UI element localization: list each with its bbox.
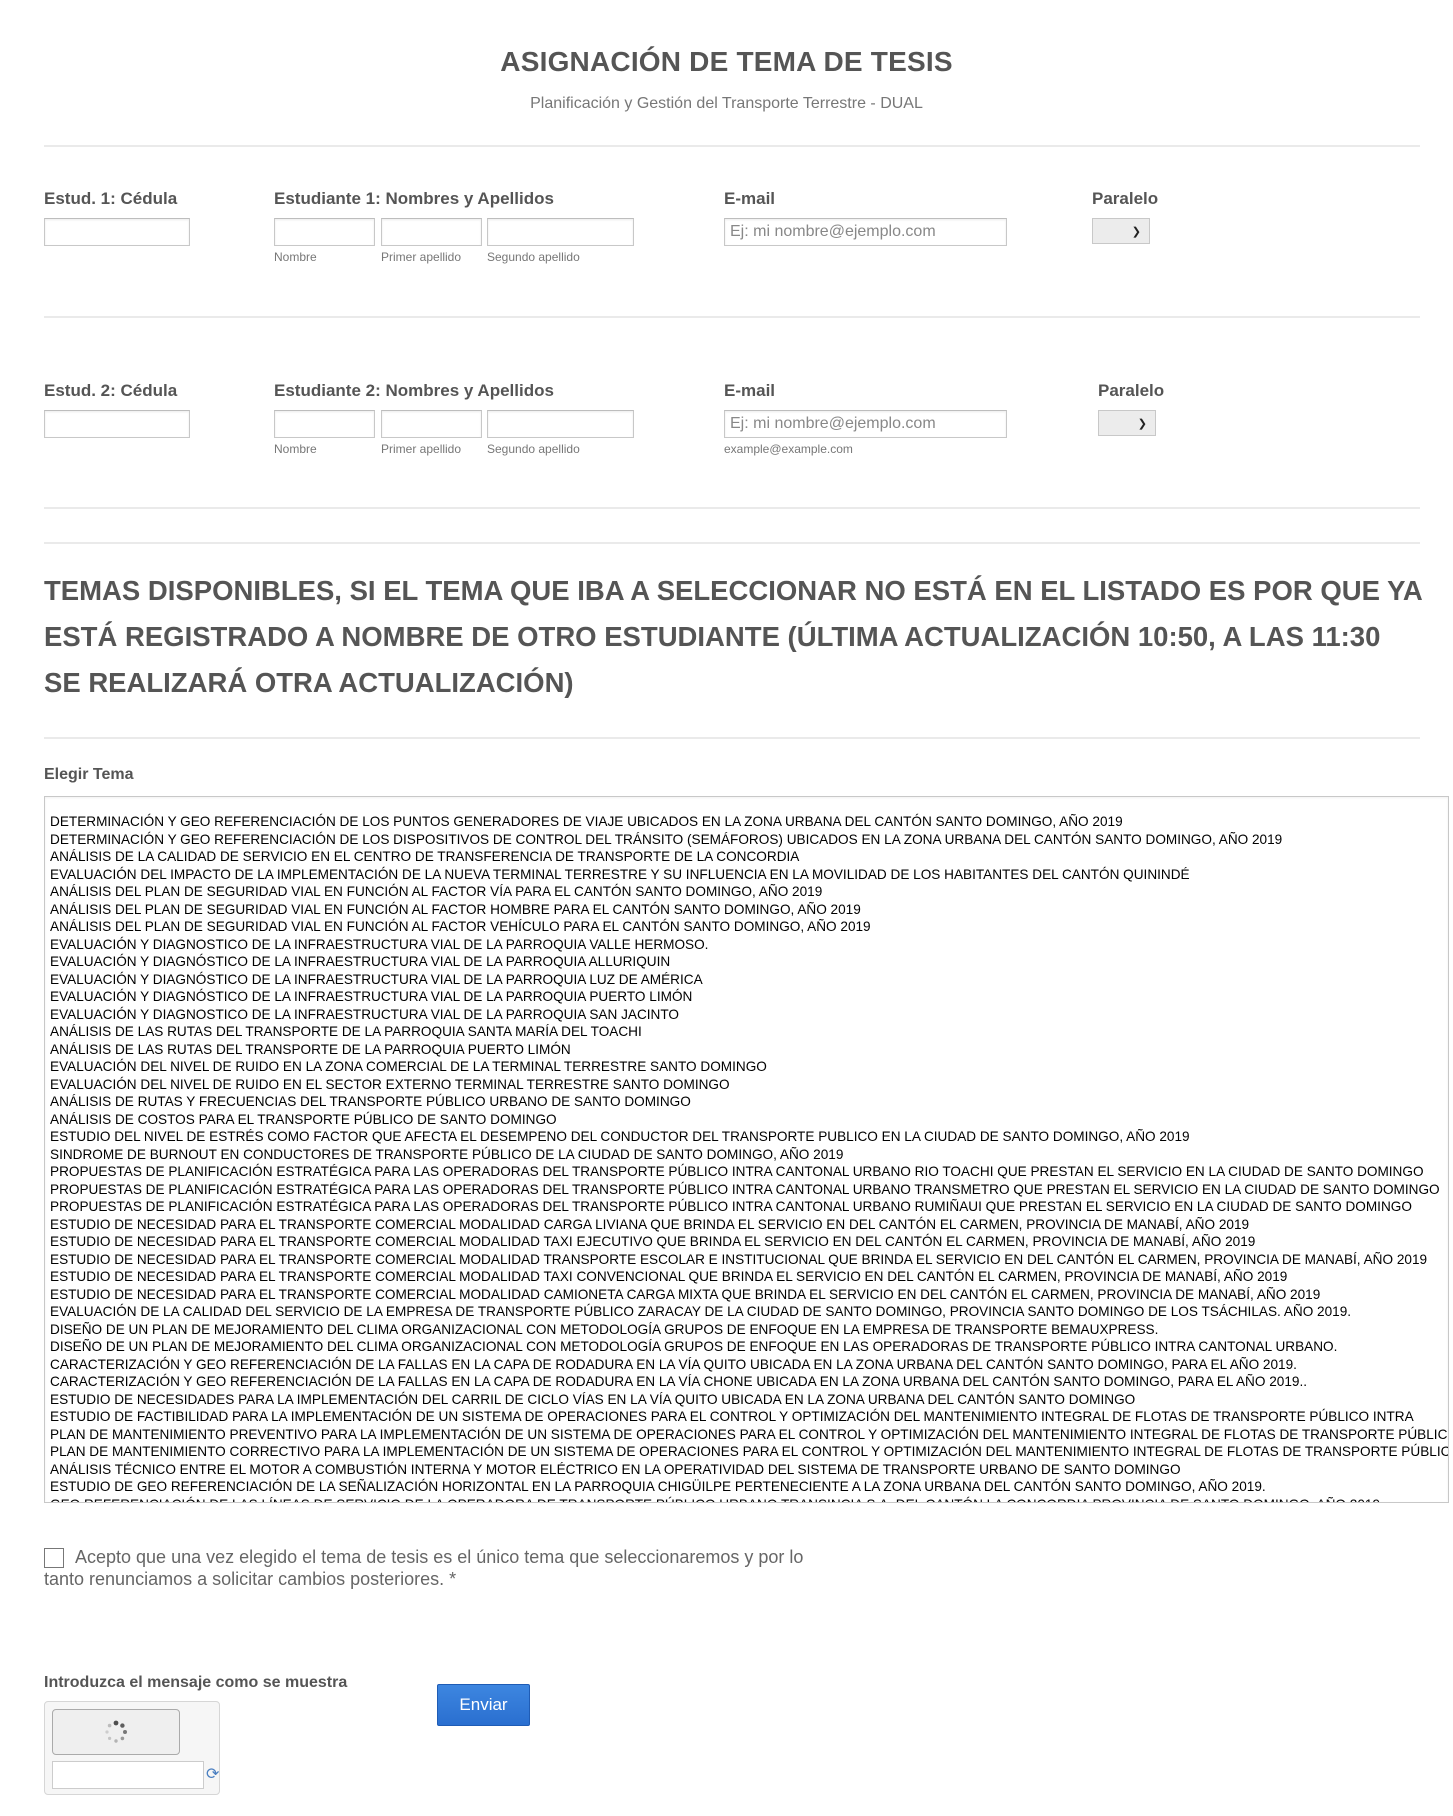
topic-option[interactable]: ESTUDIO DE NECESIDAD PARA EL TRANSPORTE … [50, 1286, 1448, 1304]
chevron-down-icon: ❯ [1138, 417, 1147, 430]
topic-option[interactable]: EVALUACIÓN Y DIAGNÓSTICO DE LA INFRAESTR… [50, 953, 1448, 971]
topic-option[interactable]: ESTUDIO DE GEO REFERENCIACIÓN DE LA SEÑA… [50, 1478, 1448, 1496]
student-1-email-label: E-mail [724, 189, 775, 209]
student-2-names-label: Estudiante 2: Nombres y Apellidos [274, 381, 554, 401]
student-2-first-name-input[interactable] [274, 410, 375, 438]
topic-option[interactable]: ESTUDIO DE FACTIBILIDAD PARA LA IMPLEMEN… [50, 1408, 1448, 1426]
topic-option[interactable]: EVALUACIÓN Y DIAGNOSTICO DE LA INFRAESTR… [50, 936, 1448, 954]
captcha-image [52, 1709, 180, 1755]
topic-option[interactable]: ANÁLISIS DE LAS RUTAS DEL TRANSPORTE DE … [50, 1041, 1448, 1059]
student-2-cedula-input[interactable] [44, 410, 190, 438]
divider [44, 542, 1420, 544]
student-1-first-name-input[interactable] [274, 218, 375, 246]
student-2-first-surname-sublabel: Primer apellido [381, 442, 461, 456]
chevron-down-icon: ❯ [1132, 225, 1141, 238]
student-2-email-label: E-mail [724, 381, 775, 401]
form-subtitle: Planificación y Gestión del Transporte T… [0, 95, 1453, 113]
topic-option[interactable]: EVALUACIÓN DEL NIVEL DE RUIDO EN EL SECT… [50, 1076, 1448, 1094]
topic-option[interactable]: ESTUDIO DE NECESIDADES PARA LA IMPLEMENT… [50, 1391, 1448, 1409]
topic-label: Elegir Tema [44, 766, 134, 784]
student-2-paralelo-select[interactable]: ❯ [1098, 410, 1156, 436]
captcha-input[interactable] [52, 1761, 204, 1789]
topic-option[interactable]: DETERMINACIÓN Y GEO REFERENCIACIÓN DE LO… [50, 813, 1448, 831]
topic-option[interactable]: EVALUACIÓN DEL IMPACTO DE LA IMPLEMENTAC… [50, 866, 1448, 884]
topic-option[interactable]: ANÁLISIS TÉCNICO ENTRE EL MOTOR A COMBUS… [50, 1461, 1448, 1479]
topic-option[interactable]: ESTUDIO DE NECESIDAD PARA EL TRANSPORTE … [50, 1251, 1448, 1269]
topic-option[interactable]: PROPUESTAS DE PLANIFICACIÓN ESTRATÉGICA … [50, 1163, 1448, 1181]
student-1-email-input[interactable] [724, 218, 1007, 246]
topic-option[interactable]: CARACTERIZACIÓN Y GEO REFERENCIACIÓN DE … [50, 1356, 1448, 1374]
divider [44, 316, 1420, 318]
topic-option[interactable]: DISEÑO DE UN PLAN DE MEJORAMIENTO DEL CL… [50, 1321, 1448, 1339]
topic-option[interactable]: SINDROME DE BURNOUT EN CONDUCTORES DE TR… [50, 1146, 1448, 1164]
captcha-widget: ⟳ [44, 1701, 220, 1795]
student-1-first-name-sublabel: Nombre [274, 250, 317, 264]
topic-listbox[interactable]: DETERMINACIÓN Y GEO REFERENCIACIÓN DE LO… [44, 796, 1449, 1503]
student-1-cedula-label: Estud. 1: Cédula [44, 189, 177, 209]
topic-option[interactable]: ANÁLISIS DE RUTAS Y FRECUENCIAS DEL TRAN… [50, 1093, 1448, 1111]
topic-option[interactable]: GEO REFERENCIACIÓN DE LAS LÍNEAS DE SERV… [50, 1496, 1448, 1504]
available-topics-notice: TEMAS DISPONIBLES, SI EL TEMA QUE IBA A … [44, 568, 1424, 706]
topic-option[interactable]: ESTUDIO DE NECESIDAD PARA EL TRANSPORTE … [50, 1216, 1448, 1234]
topic-option[interactable]: DETERMINACIÓN Y GEO REFERENCIACIÓN DE LO… [50, 831, 1448, 849]
student-2-paralelo-label: Paralelo [1098, 381, 1164, 401]
topic-option[interactable]: ANÁLISIS DE LAS RUTAS DEL TRANSPORTE DE … [50, 1023, 1448, 1041]
topic-option[interactable]: ESTUDIO DE NECESIDAD PARA EL TRANSPORTE … [50, 1233, 1448, 1251]
topic-option[interactable]: PLAN DE MANTENIMIENTO PREVENTIVO PARA LA… [50, 1426, 1448, 1444]
topic-option[interactable]: ANÁLISIS DE LA CALIDAD DE SERVICIO EN EL… [50, 848, 1448, 866]
divider [44, 145, 1420, 147]
student-2-second-surname-sublabel: Segundo apellido [487, 442, 580, 456]
student-1-second-surname-sublabel: Segundo apellido [487, 250, 580, 264]
topic-option[interactable]: ANÁLISIS DEL PLAN DE SEGURIDAD VIAL EN F… [50, 883, 1448, 901]
student-1-names-label: Estudiante 1: Nombres y Apellidos [274, 189, 554, 209]
topic-option[interactable]: EVALUACIÓN Y DIAGNÓSTICO DE LA INFRAESTR… [50, 988, 1448, 1006]
topic-option[interactable]: PLAN DE MANTENIMIENTO CORRECTIVO PARA LA… [50, 1443, 1448, 1461]
topic-options: DETERMINACIÓN Y GEO REFERENCIACIÓN DE LO… [50, 813, 1448, 1503]
topic-option[interactable]: EVALUACIÓN DEL NIVEL DE RUIDO EN LA ZONA… [50, 1058, 1448, 1076]
topic-option[interactable]: ANÁLISIS DEL PLAN DE SEGURIDAD VIAL EN F… [50, 901, 1448, 919]
topic-option[interactable]: ESTUDIO DEL NIVEL DE ESTRÉS COMO FACTOR … [50, 1128, 1448, 1146]
submit-button[interactable]: Enviar [437, 1684, 530, 1726]
form-title: ASIGNACIÓN DE TEMA DE TESIS [0, 46, 1453, 78]
student-1-second-surname-input[interactable] [487, 218, 634, 246]
topic-option[interactable]: ANÁLISIS DEL PLAN DE SEGURIDAD VIAL EN F… [50, 918, 1448, 936]
captcha-label: Introduzca el mensaje como se muestra [44, 1674, 347, 1692]
topic-option[interactable]: ESTUDIO DE NECESIDAD PARA EL TRANSPORTE … [50, 1268, 1448, 1286]
divider [44, 737, 1420, 739]
topic-option[interactable]: DISEÑO DE UN PLAN DE MEJORAMIENTO DEL CL… [50, 1338, 1448, 1356]
student-2-email-input[interactable] [724, 410, 1007, 438]
student-2-second-surname-input[interactable] [487, 410, 634, 438]
topic-option[interactable]: PROPUESTAS DE PLANIFICACIÓN ESTRATÉGICA … [50, 1181, 1448, 1199]
topic-option[interactable]: CARACTERIZACIÓN Y GEO REFERENCIACIÓN DE … [50, 1373, 1448, 1391]
spinner-icon [103, 1719, 129, 1745]
student-2-cedula-label: Estud. 2: Cédula [44, 381, 177, 401]
student-1-first-surname-input[interactable] [381, 218, 482, 246]
student-2-email-sublabel: example@example.com [724, 442, 853, 456]
student-2-first-name-sublabel: Nombre [274, 442, 317, 456]
student-1-first-surname-sublabel: Primer apellido [381, 250, 461, 264]
topic-option[interactable]: EVALUACIÓN DE LA CALIDAD DEL SERVICIO DE… [50, 1303, 1448, 1321]
student-2-first-surname-input[interactable] [381, 410, 482, 438]
student-1-paralelo-label: Paralelo [1092, 189, 1158, 209]
topic-option[interactable]: EVALUACIÓN Y DIAGNÓSTICO DE LA INFRAESTR… [50, 971, 1448, 989]
refresh-icon[interactable]: ⟳ [206, 1765, 222, 1785]
student-1-cedula-input[interactable] [44, 218, 190, 246]
divider [44, 507, 1420, 509]
topic-option[interactable]: PROPUESTAS DE PLANIFICACIÓN ESTRATÉGICA … [50, 1198, 1448, 1216]
topic-option[interactable]: EVALUACIÓN Y DIAGNOSTICO DE LA INFRAESTR… [50, 1006, 1448, 1024]
accept-text: Acepto que una vez elegido el tema de te… [44, 1546, 804, 1590]
student-1-paralelo-select[interactable]: ❯ [1092, 218, 1150, 244]
topic-option[interactable]: ANÁLISIS DE COSTOS PARA EL TRANSPORTE PÚ… [50, 1111, 1448, 1129]
